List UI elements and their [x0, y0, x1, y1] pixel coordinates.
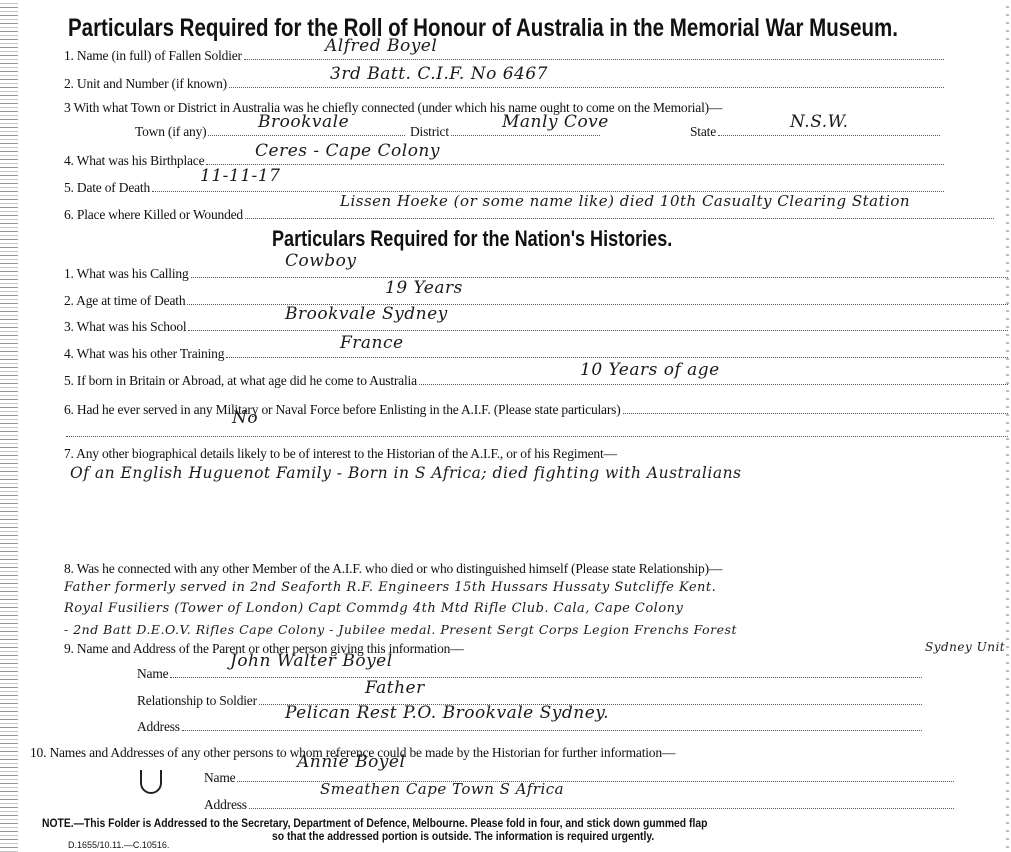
value-training: France — [340, 333, 404, 353]
field-age: 2. Age at time of Death — [64, 293, 1008, 309]
field-calling: 1. What was his Calling — [64, 266, 1008, 282]
value-age-arrival: 10 Years of age — [580, 360, 720, 380]
value-parent-name: John Walter Boyel — [230, 651, 393, 671]
value-place-killed: Lissen Hoeke (or some name like) died 10… — [340, 192, 910, 210]
value-unit: 3rd Batt. C.I.F. No 6467 — [330, 64, 548, 84]
field-birthplace: 4. What was his Birthplace — [64, 153, 944, 169]
form-code: D.1655/10.11.—C.10516. — [68, 840, 169, 850]
field-age-arrival: 5. If born in Britain or Abroad, at what… — [64, 373, 1008, 389]
value-parent-address: Pelican Rest P.O. Brookvale Sydney. — [285, 703, 609, 723]
value-connected-extra: Sydney Unit — [925, 640, 1005, 654]
value-age: 19 Years — [385, 278, 463, 298]
section-title-histories: Particulars Required for the Nation's Hi… — [272, 226, 672, 252]
field-school: 3. What was his School — [64, 319, 1008, 335]
field-ref-name: Name — [204, 770, 954, 786]
field-prior-service: 6. Had he ever served in any Military or… — [64, 402, 1008, 418]
stamp-mark — [140, 770, 162, 794]
value-connected-line-3: - 2nd Batt D.E.O.V. Rifles Cape Colony -… — [64, 622, 737, 637]
value-ref-name: Annie Boyel — [297, 752, 405, 772]
value-prior-service: No — [232, 408, 258, 428]
field-training: 4. What was his other Training — [64, 346, 1008, 362]
value-name: Alfred Boyel — [325, 36, 437, 56]
value-relationship: Father — [365, 678, 425, 698]
value-date-of-death: 11-11-17 — [200, 166, 280, 186]
scan-edge — [0, 0, 18, 852]
note-line-1: NOTE.—This Folder is Addressed to the Se… — [42, 818, 707, 830]
value-district: Manly Cove — [502, 112, 609, 132]
value-calling: Cowboy — [285, 251, 357, 271]
field-biographical: 7. Any other biographical details likely… — [64, 446, 617, 462]
value-school: Brookvale Sydney — [285, 304, 448, 324]
value-birthplace: Ceres - Cape Colony — [255, 141, 440, 161]
value-connected-line-2: Royal Fusiliers (Tower of London) Capt C… — [64, 601, 683, 616]
note-line-2: so that the addressed portion is outside… — [272, 831, 654, 843]
value-biographical: Of an English Huguenot Family - Born in … — [70, 464, 742, 482]
value-ref-address: Smeathen Cape Town S Africa — [320, 780, 564, 798]
form-title: Particulars Required for the Roll of Hon… — [68, 14, 898, 43]
field-name: 1. Name (in full) of Fallen Soldier — [64, 48, 944, 64]
value-state: N.S.W. — [790, 112, 849, 132]
value-connected-line-1: Father formerly served in 2nd Seaforth R… — [64, 580, 716, 595]
field-town-district: 3 With what Town or District in Australi… — [64, 100, 722, 116]
field-connected-members: 8. Was he connected with any other Membe… — [64, 561, 722, 577]
value-town: Brookvale — [258, 112, 349, 132]
field-ref-address: Address — [204, 797, 954, 813]
blank-line — [64, 426, 1008, 437]
